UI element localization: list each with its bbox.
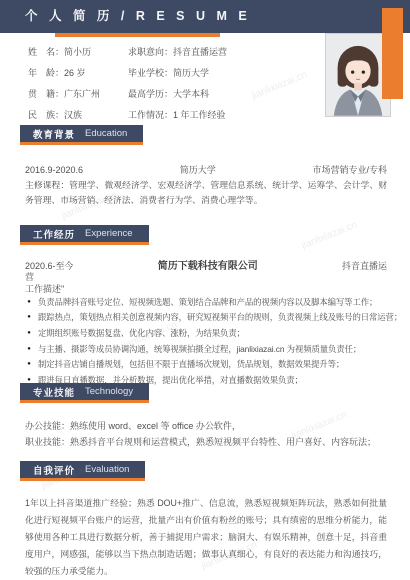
resume-page: jianlixiazai.cn jianlixiazai.cn jianlixi… [0, 0, 410, 580]
skills-office-line: 办公技能：熟练使用 word、excel 等 office 办公软件， [25, 419, 241, 432]
bullet-icon: ● [20, 361, 38, 367]
watermark: jianlixiazai.cn [300, 219, 359, 251]
education-period: 2016.9-2020.6 [25, 165, 83, 175]
field-label: 贯 籍： [28, 89, 64, 99]
bullet-text: 制定抖音店铺自播规划，包括但不限于直播场次规划，货品规划，数据效果提升等； [38, 358, 344, 370]
skills-professional-line: 职业技能：熟悉抖音平台规则和运营模式，熟悉短视频平台特性、用户喜好、内容玩法； [25, 435, 376, 448]
section-heading-experience: 工作经历 Experience [20, 225, 149, 245]
section-title-cn: 专业技能 [33, 385, 75, 399]
section-title-en: Experience [85, 228, 133, 239]
education-courses: 主修课程：管理学、微观经济学、宏观经济学、管理信息系统、统计学、运筹学、会计学、… [25, 178, 387, 208]
avatar-eye [351, 70, 354, 73]
bullet-icon: ● [20, 377, 38, 383]
bullet-icon: ● [20, 314, 38, 320]
section-title-cn: 教育背景 [33, 127, 75, 141]
bullet-item: ● 定期组织账号数据复盘、优化内容、涨粉，为结果负责； [20, 325, 402, 341]
field-degree: 最高学历：大学本科 [128, 87, 227, 100]
evaluation-text: 1年以上抖音渠道推广经验；熟悉 DOU+推广、信息流，熟悉短视频矩阵玩法，熟悉如… [25, 495, 387, 580]
header-bar: 个 人 简 历 / R E S U M E [0, 0, 410, 33]
field-value: 简小历 [64, 47, 91, 57]
avatar-photo [326, 34, 390, 116]
field-value: 抖音直播运营 [173, 47, 227, 57]
bullet-item: ● 跟踪热点，策划热点相关创意视频内容，研究短视频平台的规则，负责视频上线及账号… [20, 310, 402, 326]
field-value: 26 岁 [64, 68, 86, 78]
bullet-icon: ● [20, 346, 38, 352]
field-label: 民 族： [28, 110, 64, 120]
watermark: jianlixiazai.cn [250, 69, 309, 101]
field-label: 毕业学校： [128, 68, 173, 78]
experience-company: 简历下载科技有限公司 [158, 257, 258, 272]
bullet-text: 与主播、摄影等成员协调沟通，统筹视频拍摄全过程，jianlixiazai.cn … [38, 343, 361, 355]
profile-info-right: 求职意向：抖音直播运营 毕业学校：简历大学 最高学历：大学本科 工作情况：1 年… [128, 41, 227, 125]
section-title-cn: 工作经历 [33, 227, 75, 241]
field-value: 简历大学 [173, 68, 209, 78]
page-title: 个 人 简 历 / R E S U M E [0, 0, 410, 33]
right-accent-bar [382, 8, 403, 99]
section-heading-evaluation: 自我评价 Evaluation [20, 461, 145, 481]
education-major: 市场营销专业/专科 [312, 163, 387, 176]
field-label: 年 龄： [28, 68, 64, 78]
profile-info-left: 姓 名：简小历 年 龄：26 岁 贯 籍：广东广州 民 族：汉族 [28, 41, 100, 125]
field-school: 毕业学校：简历大学 [128, 66, 227, 79]
field-job-intention: 求职意向：抖音直播运营 [128, 45, 227, 58]
field-name: 姓 名：简小历 [28, 45, 100, 58]
section-heading-education: 教育背景 Education [20, 125, 143, 145]
field-label: 求职意向： [128, 47, 173, 57]
section-title-en: Education [85, 128, 127, 139]
field-value: 广东广州 [64, 89, 100, 99]
education-school: 简历大学 [180, 163, 216, 176]
bullet-item: ● 负责品牌抖音账号定位、短视频选题、策划结合品牌和产品的视频内容以及脚本编写等… [20, 294, 402, 310]
experience-row: 2020.6-至今 简历下载科技有限公司 抖音直播运 [25, 257, 387, 272]
field-work-status: 工作情况：1 年工作经验 [128, 108, 227, 121]
bullet-text: 跟踪热点，策划热点相关创意视频内容，研究短视频平台的规则，负责视频上线及账号的日… [38, 311, 402, 323]
field-native-place: 贯 籍：广东广州 [28, 87, 100, 100]
experience-bullet-list: ● 负责品牌抖音账号定位、短视频选题、策划结合品牌和产品的视频内容以及脚本编写等… [20, 294, 402, 388]
section-title-en: Technology [85, 386, 133, 397]
education-row: 2016.9-2020.6 简历大学 市场营销专业/专科 [25, 163, 387, 176]
bullet-text: 负责品牌抖音账号定位、短视频选题、策划结合品牌和产品的视频内容以及脚本编写等工作… [38, 296, 377, 308]
experience-role: 抖音直播运 [342, 259, 387, 272]
bullet-item: ● 制定抖音店铺自播规划，包括但不限于直播场次规划，货品规划，数据效果提升等； [20, 356, 402, 372]
field-value: 汉族 [64, 110, 82, 120]
section-heading-skills: 专业技能 Technology [20, 383, 149, 403]
section-title-cn: 自我评价 [33, 463, 75, 477]
field-label: 姓 名： [28, 47, 64, 57]
section-title-en: Evaluation [85, 464, 129, 475]
field-label: 最高学历： [128, 89, 173, 99]
field-ethnicity: 民 族：汉族 [28, 108, 100, 121]
field-age: 年 龄：26 岁 [28, 66, 100, 79]
field-value: 1 年工作经验 [173, 110, 226, 120]
bullet-icon: ● [20, 330, 38, 336]
title-underline-accent [55, 33, 220, 37]
bullet-item: ● 与主播、摄影等成员协调沟通，统筹视频拍摄全过程，jianlixiazai.c… [20, 341, 402, 357]
bullet-icon: ● [20, 299, 38, 305]
bullet-text: 定期组织账号数据复盘、优化内容、涨粉，为结果负责； [38, 327, 245, 339]
field-value: 大学本科 [173, 89, 209, 99]
field-label: 工作情况： [128, 110, 173, 120]
avatar-eye [362, 70, 365, 73]
